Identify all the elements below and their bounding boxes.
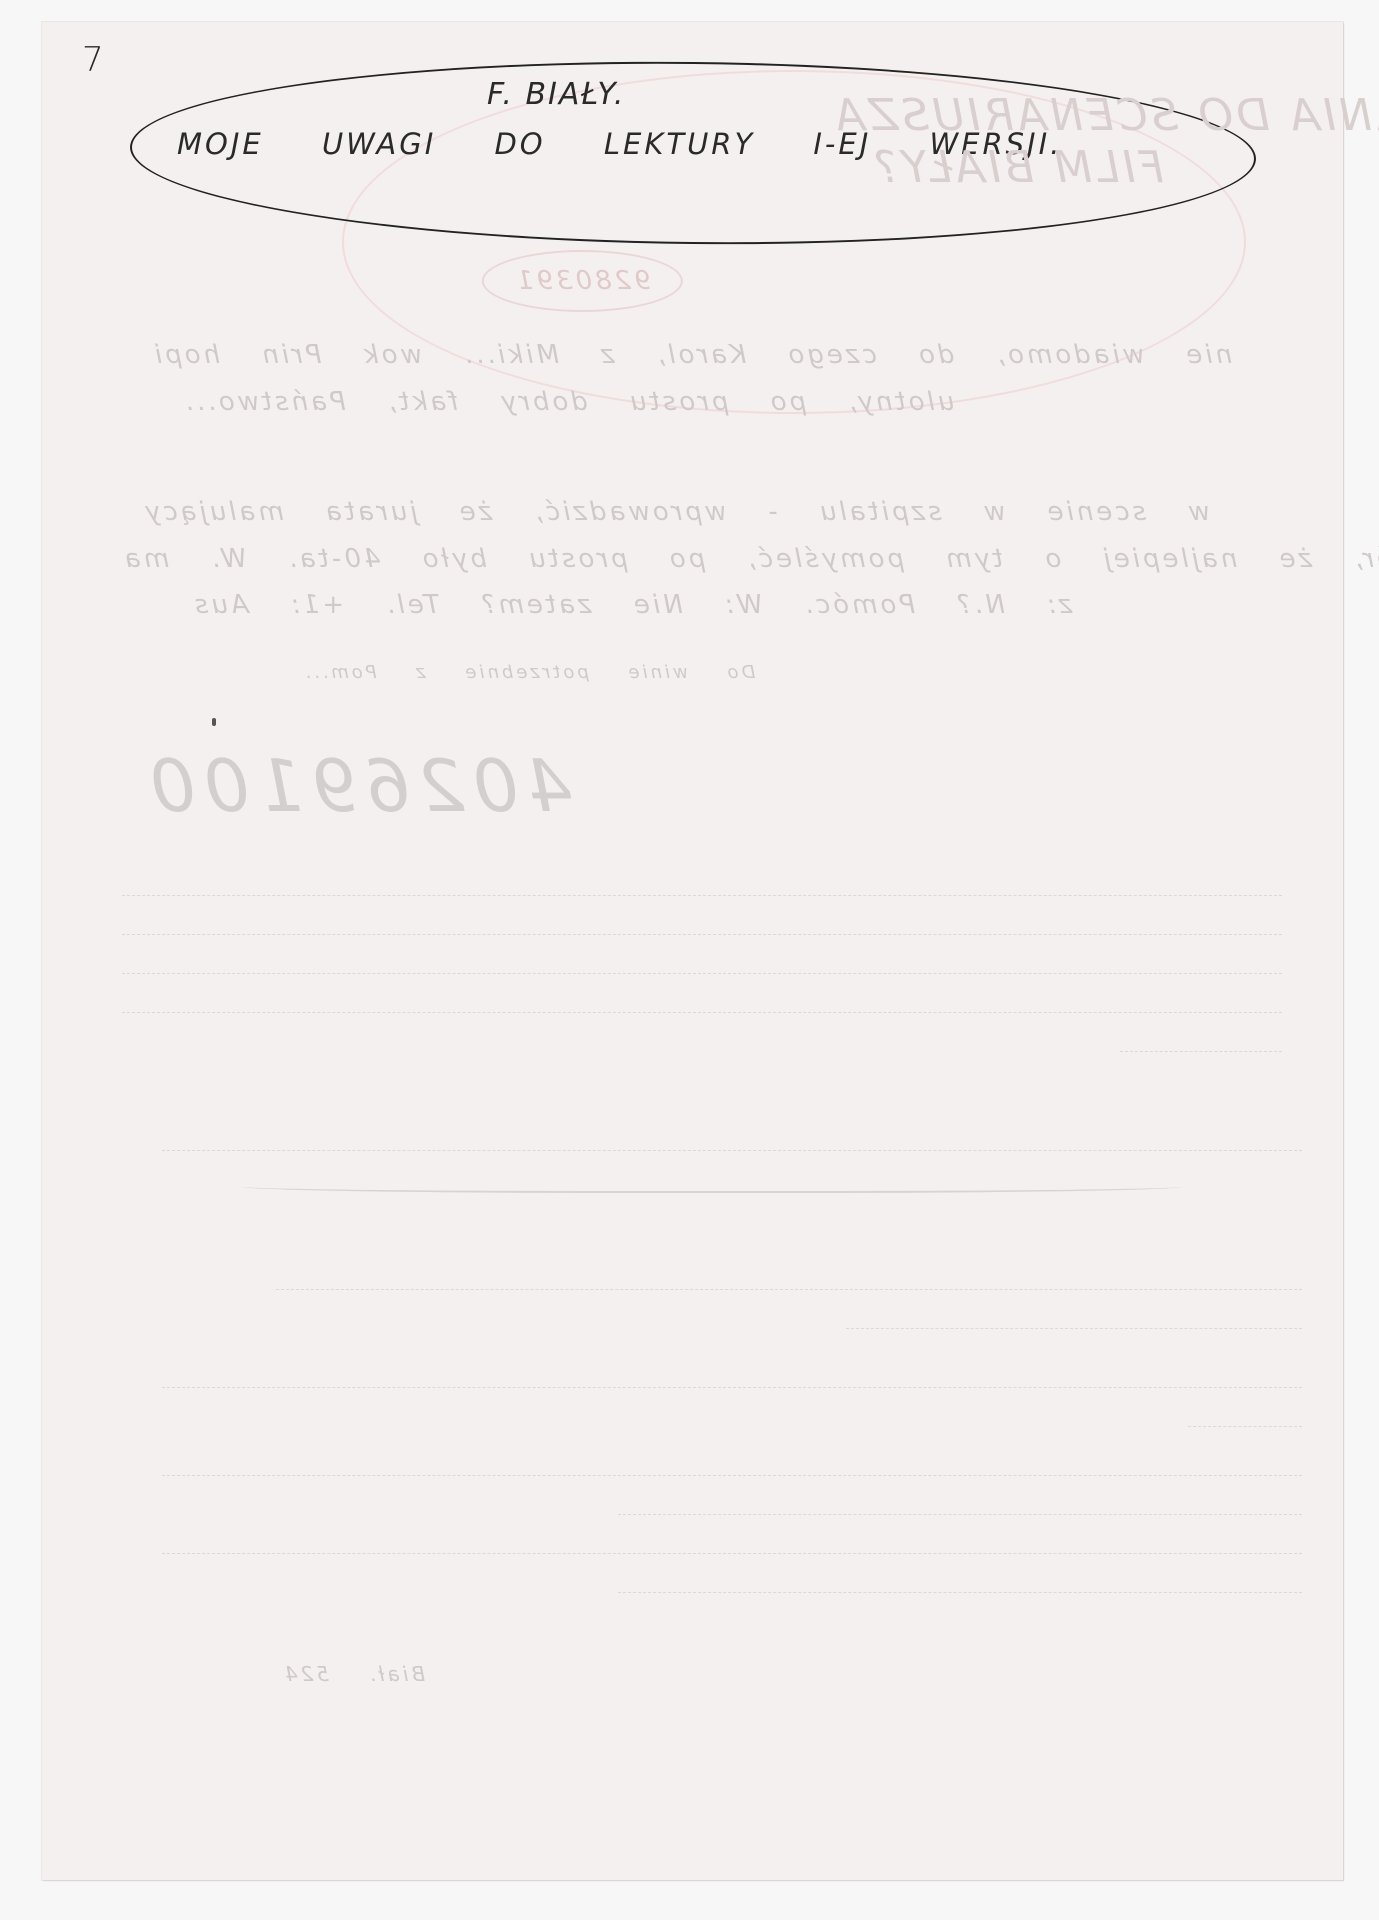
show-through-stamp: 9280391 bbox=[482, 250, 683, 312]
scanned-page: 7 F. BIAŁY. MOJE UWAGI DO LEKTURY I-EJ W… bbox=[42, 22, 1343, 1880]
show-through-paragraph bbox=[122, 857, 1282, 1062]
show-through-line: w scenie w szpitalu - wprowadzić, że jur… bbox=[142, 497, 1210, 527]
show-through-line: ulotny, po prostu dobry fakt, Państwo... bbox=[182, 387, 954, 417]
show-through-title-2: FILM BIAŁY? bbox=[872, 142, 1164, 193]
show-through-number: 40269100 bbox=[142, 744, 572, 828]
page-number: 7 bbox=[82, 40, 106, 80]
show-through-line: wytwór, że najlepiej o tym pomyśleć, po … bbox=[122, 544, 1379, 574]
show-through-line: nie wiadomo, do czego Karol, z Miki... w… bbox=[152, 340, 1232, 370]
show-through-paragraph bbox=[162, 1122, 1302, 1603]
author-name: F. BIAŁY. bbox=[487, 77, 625, 112]
show-through-line: z: N.? Pomóc. W: Nie zatem? Tel. +1: Aus bbox=[192, 590, 1073, 620]
show-through-signature: Biał. 524 bbox=[282, 1662, 425, 1686]
show-through-line: Do winie potrzebnie z Pom... bbox=[302, 662, 755, 683]
show-through-title-1: PYTANIA DO SCENARIUSZA bbox=[832, 90, 1379, 141]
ink-speck bbox=[212, 718, 216, 726]
